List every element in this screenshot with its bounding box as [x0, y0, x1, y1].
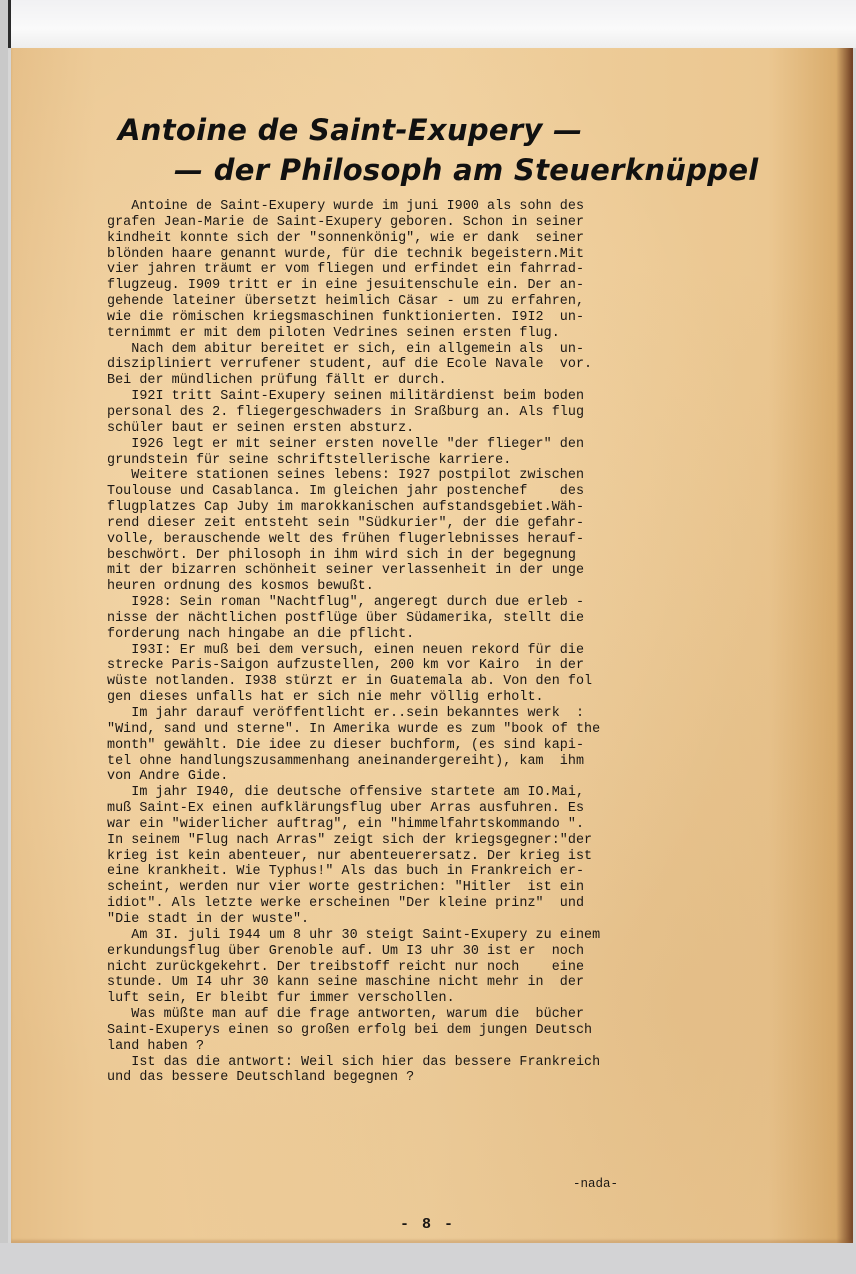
text-line: eine krankheit. Wie Typhus!" Als das buc…	[107, 864, 732, 880]
scanner-background-top	[11, 0, 856, 48]
text-line: Im jahr darauf veröffentlicht er..sein b…	[107, 706, 732, 722]
text-line: scheint, werden nur vier worte gestriche…	[107, 880, 732, 896]
text-line: beschwört. Der philosoph in ihm wird sic…	[107, 548, 732, 564]
text-line: Ist das die antwort: Weil sich hier das …	[107, 1055, 732, 1071]
text-line: mit der bizarren schönheit seiner verlas…	[107, 563, 732, 579]
text-line: I92I tritt Saint-Exupery seinen militärd…	[107, 389, 732, 405]
text-line: von Andre Gide.	[107, 769, 732, 785]
text-line: Saint-Exuperys einen so großen erfolg be…	[107, 1023, 732, 1039]
text-line: gehende lateiner übersetzt heimlich Cäsa…	[107, 294, 732, 310]
text-line: I926 legt er mit seiner ersten novelle "…	[107, 437, 732, 453]
text-line: war ein "widerlicher auftrag", ein "himm…	[107, 817, 732, 833]
text-line: flugzeug. I909 tritt er in eine jesuiten…	[107, 278, 732, 294]
paragraph: Antoine de Saint-Exupery wurde im juni I…	[107, 199, 732, 342]
text-line: nisse der nächtlichen postflüge über Süd…	[107, 611, 732, 627]
paragraph: I93I: Er muß bei dem versuch, einen neue…	[107, 643, 732, 706]
paragraph: Im jahr darauf veröffentlicht er..sein b…	[107, 706, 732, 785]
paragraph: I928: Sein roman "Nachtflug", angeregt d…	[107, 595, 732, 643]
page-number: - 8 -	[400, 1216, 455, 1233]
text-line: schüler baut er seinen ersten absturz.	[107, 421, 732, 437]
text-line: strecke Paris-Saigon aufzustellen, 200 k…	[107, 658, 732, 674]
text-line: rend dieser zeit entsteht sein "Südkurie…	[107, 516, 732, 532]
text-line: heuren ordnung des kosmos bewußt.	[107, 579, 732, 595]
text-line: muß Saint-Ex einen aufklärungsflug uber …	[107, 801, 732, 817]
text-line: vier jahren träumt er vom fliegen und er…	[107, 262, 732, 278]
text-line: I928: Sein roman "Nachtflug", angeregt d…	[107, 595, 732, 611]
paragraph: Am 3I. juli I944 um 8 uhr 30 steigt Sain…	[107, 928, 732, 1007]
text-line: forderung nach hingabe an die pflicht.	[107, 627, 732, 643]
text-line: Was müßte man auf die frage antworten, w…	[107, 1007, 732, 1023]
text-line: grafen Jean-Marie de Saint-Exupery gebor…	[107, 215, 732, 231]
text-line: Am 3I. juli I944 um 8 uhr 30 steigt Sain…	[107, 928, 732, 944]
paragraph: I926 legt er mit seiner ersten novelle "…	[107, 437, 732, 469]
text-line: Bei der mündlichen prüfung fällt er durc…	[107, 373, 732, 389]
text-line: krieg ist kein abenteuer, nur abenteuere…	[107, 849, 732, 865]
article-body: Antoine de Saint-Exupery wurde im juni I…	[107, 199, 732, 1086]
text-line: idiot". Als letzte werke erscheinen "Der…	[107, 896, 732, 912]
text-line: wüste notlanden. I938 stürzt er in Guate…	[107, 674, 732, 690]
paragraph: Ist das die antwort: Weil sich hier das …	[107, 1055, 732, 1087]
text-line: erkundungsflug über Grenoble auf. Um I3 …	[107, 944, 732, 960]
text-line: Im jahr I940, die deutsche offensive sta…	[107, 785, 732, 801]
article-title: Antoine de Saint-Exupery — — der Philoso…	[118, 110, 758, 190]
text-line: kindheit konnte sich der "sonnenkönig", …	[107, 231, 732, 247]
text-line: blönden haare genannt wurde, für die tec…	[107, 247, 732, 263]
text-line: In seinem "Flug nach Arras" zeigt sich d…	[107, 833, 732, 849]
text-line: tel ohne handlungszusammenhang aneinande…	[107, 754, 732, 770]
text-line: land haben ?	[107, 1039, 732, 1055]
text-line: personal des 2. fliegergeschwaders in Sr…	[107, 405, 732, 421]
text-line: "Wind, sand und sterne". In Amerika wurd…	[107, 722, 732, 738]
title-line-1: Antoine de Saint-Exupery —	[118, 110, 758, 150]
author-signature: -nada-	[573, 1177, 618, 1191]
paragraph: Weitere stationen seines lebens: I927 po…	[107, 468, 732, 595]
text-line: wie die römischen kriegsmaschinen funkti…	[107, 310, 732, 326]
paragraph: Im jahr I940, die deutsche offensive sta…	[107, 785, 732, 928]
text-line: Nach dem abitur bereitet er sich, ein al…	[107, 342, 732, 358]
paragraph: Was müßte man auf die frage antworten, w…	[107, 1007, 732, 1055]
text-line: I93I: Er muß bei dem versuch, einen neue…	[107, 643, 732, 659]
text-line: grundstein für seine schriftstellerische…	[107, 453, 732, 469]
text-line: luft sein, Er bleibt fur immer verscholl…	[107, 991, 732, 1007]
text-line: stunde. Um I4 uhr 30 kann seine maschine…	[107, 975, 732, 991]
title-line-2: — der Philosoph am Steuerknüppel	[118, 150, 758, 190]
text-line: flugplatzes Cap Juby im marokkanischen a…	[107, 500, 732, 516]
text-line: volle, berauschende welt des frühen flug…	[107, 532, 732, 548]
text-line: und das bessere Deutschland begegnen ?	[107, 1070, 732, 1086]
text-line: month" gewählt. Die idee zu dieser buchf…	[107, 738, 732, 754]
text-line: "Die stadt in der wuste".	[107, 912, 732, 928]
text-line: diszipliniert verrufener student, auf di…	[107, 357, 732, 373]
text-line: ternimmt er mit dem piloten Vedrines sei…	[107, 326, 732, 342]
paragraph: I92I tritt Saint-Exupery seinen militärd…	[107, 389, 732, 437]
scanner-margin-left	[0, 0, 8, 1274]
text-line: Weitere stationen seines lebens: I927 po…	[107, 468, 732, 484]
paragraph: Nach dem abitur bereitet er sich, ein al…	[107, 342, 732, 390]
text-line: nicht zurückgekehrt. Der treibstoff reic…	[107, 960, 732, 976]
text-line: Toulouse und Casablanca. Im gleichen jah…	[107, 484, 732, 500]
scanner-background-bottom	[0, 1243, 856, 1274]
text-line: gen dieses unfalls hat er sich nie mehr …	[107, 690, 732, 706]
text-line: Antoine de Saint-Exupery wurde im juni I…	[107, 199, 732, 215]
